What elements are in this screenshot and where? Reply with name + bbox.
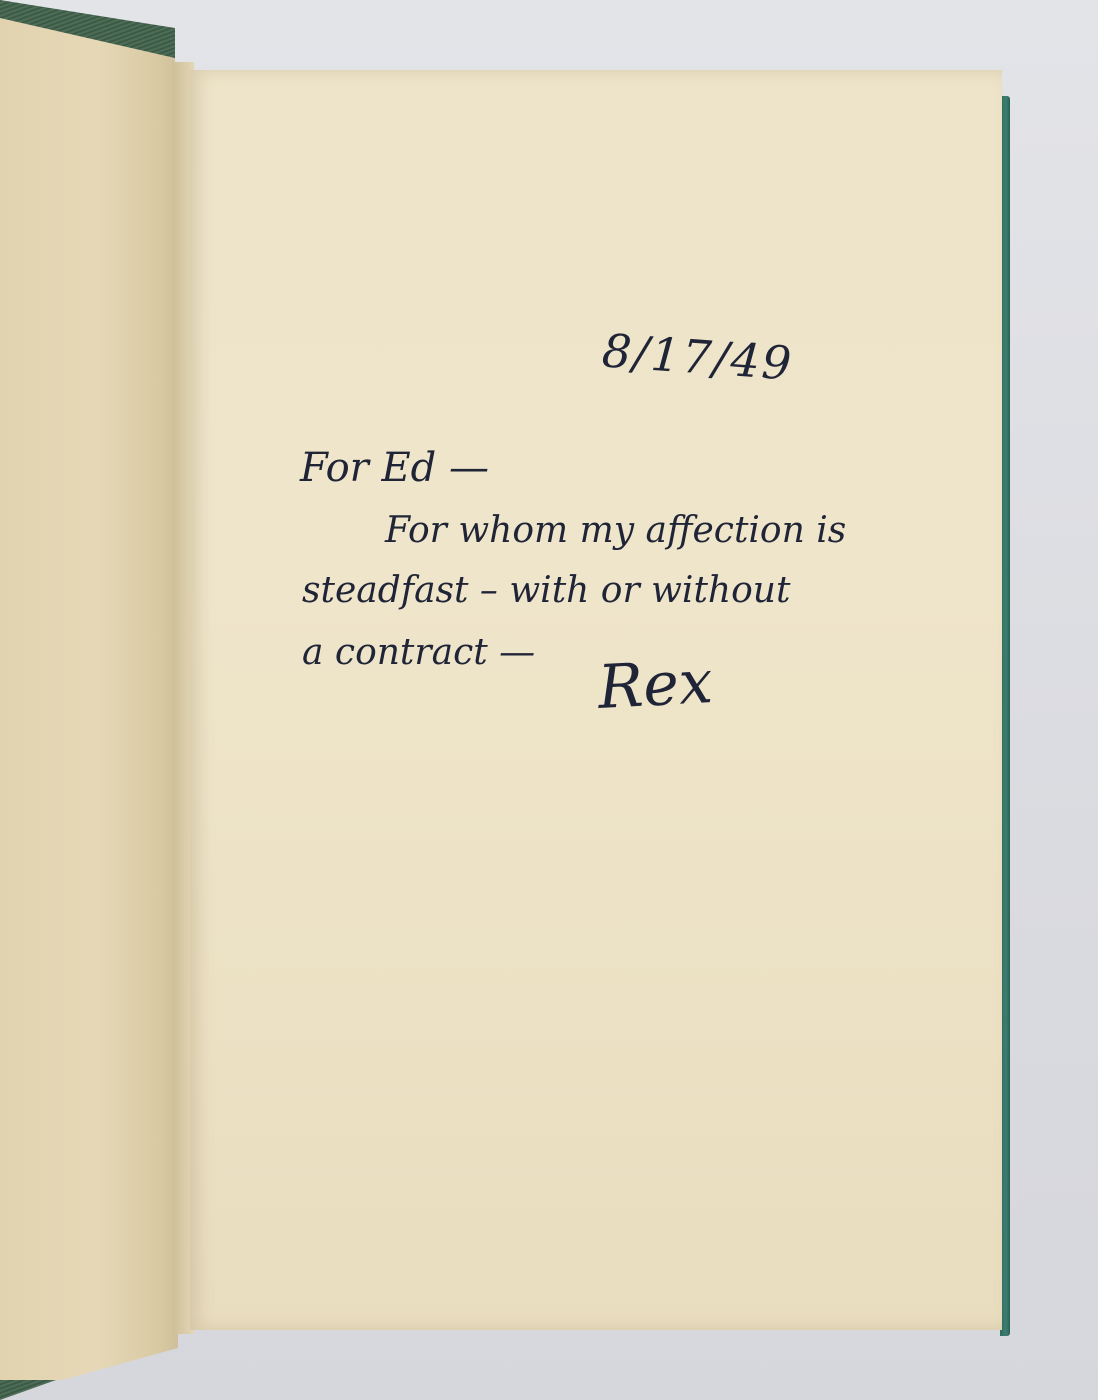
inscription-signature: Rex [596,647,714,723]
inscription-salutation: For Ed — [300,445,489,491]
inscription-line-2: steadfast – with or without [302,570,790,611]
left-endpaper [0,18,178,1380]
inscription-line-3: a contract — [302,632,535,673]
right-endpaper [190,70,1002,1330]
inscription-line-1: For whom my affection is [385,510,846,551]
